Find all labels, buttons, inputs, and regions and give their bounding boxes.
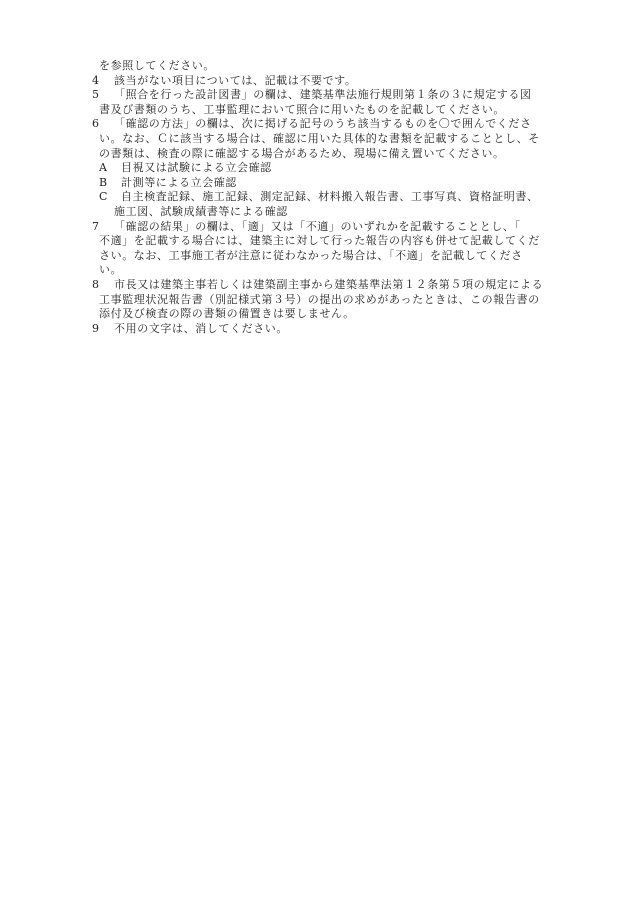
note-7-continuation: さい。なお、工事施工者が注意に従わなかった場合は、「不適」を記載してくださ: [92, 249, 564, 264]
note-6-continuation: い。なお、Ｃに該当する場合は、確認に用いた具体的な書類を記載することとし、そ: [92, 132, 564, 147]
item-letter: C: [99, 190, 121, 205]
item-text: 自主検査記録、施工記録、測定記録、材料搬入報告書、工事写真、資格証明書、: [121, 190, 539, 203]
note-text: 「照合を行った設計図書」の欄は、建築基準法施行規則第１条の３に規定する図: [114, 88, 532, 101]
note-8: 8市長又は建築主事若しくは建築副主事から建築基準法第１２条第５項の規定による: [92, 278, 564, 293]
note-6-item-c-continuation: 施工図、試験成績書等による確認: [92, 205, 564, 220]
note-number: 9: [92, 322, 114, 337]
note-text: 不用の文字は、消してください。: [114, 322, 288, 335]
note-5-continuation: 書及び書類のうち、工事監理において照合に用いたものを記載してください。: [92, 103, 564, 118]
note-9: 9不用の文字は、消してください。: [92, 322, 564, 337]
note-number: 6: [92, 117, 114, 132]
note-7-continuation: 不適」を記載する場合には、建築主に対して行った報告の内容も併せて記載してくだ: [92, 234, 564, 249]
note-8-continuation: 工事監理状況報告書（別記様式第３号）の提出の求めがあったときは、この報告書の: [92, 293, 564, 308]
note-7-continuation: い。: [92, 263, 564, 278]
note-8-continuation: 添付及び検査の際の書類の備置きは要しません。: [92, 307, 564, 322]
note-4: 4該当がない項目については、記載は不要です。: [92, 74, 564, 89]
note-5: 5「照合を行った設計図書」の欄は、建築基準法施行規則第１条の３に規定する図: [92, 88, 564, 103]
note-6: 6「確認の方法」の欄は、次に掲げる記号のうち該当するものを〇で囲んでくださ: [92, 117, 564, 132]
note-number: 4: [92, 74, 114, 89]
note-text: 該当がない項目については、記載は不要です。: [114, 74, 357, 87]
notes-list: を参照してください。 4該当がない項目については、記載は不要です。 5「照合を行…: [92, 59, 564, 336]
note-text: 市長又は建築主事若しくは建築副主事から建築基準法第１２条第５項の規定による: [114, 278, 543, 291]
item-letter: B: [99, 176, 121, 191]
note-text: 「確認の結果」の欄は、「適」又は「不適」のいずれかを記載することとし、「: [114, 220, 521, 233]
document-page: を参照してください。 4該当がない項目については、記載は不要です。 5「照合を行…: [0, 0, 630, 903]
item-letter: A: [99, 161, 121, 176]
item-text: 目視又は試験による立会確認: [121, 161, 272, 174]
note-7: 7「確認の結果」の欄は、「適」又は「不適」のいずれかを記載することとし、「: [92, 220, 564, 235]
note-number: 7: [92, 220, 114, 235]
note-6-item-a: A目視又は試験による立会確認: [92, 161, 564, 176]
note-6-item-b: B計測等による立会確認: [92, 176, 564, 191]
note-6-continuation: の書類は、検査の際に確認する場合があるため、現場に備え置いてください。: [92, 147, 564, 162]
note-number: 5: [92, 88, 114, 103]
item-text: 計測等による立会確認: [121, 176, 237, 189]
note-text: 「確認の方法」の欄は、次に掲げる記号のうち該当するものを〇で囲んでくださ: [114, 117, 532, 130]
note-3-continuation: を参照してください。: [92, 59, 564, 74]
note-6-item-c: C自主検査記録、施工記録、測定記録、材料搬入報告書、工事写真、資格証明書、: [92, 190, 564, 205]
note-number: 8: [92, 278, 114, 293]
